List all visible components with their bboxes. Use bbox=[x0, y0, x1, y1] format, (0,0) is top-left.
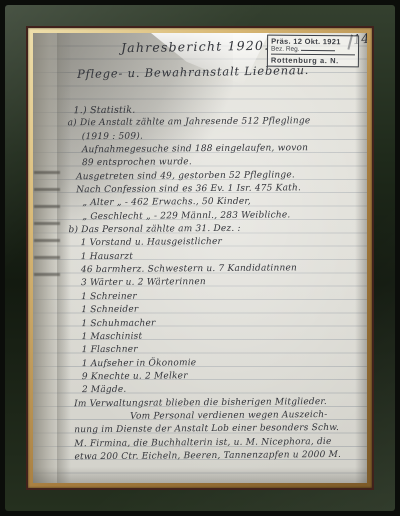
book-gutter bbox=[33, 33, 69, 483]
picture-frame-molding: Jahresbericht 1920. Pflege- u. Bewahrans… bbox=[5, 5, 395, 511]
page-edge-bands bbox=[34, 171, 60, 289]
manuscript-line: etwa 200 Ctr. Eicheln, Beeren, Tannenzap… bbox=[68, 449, 362, 465]
date-stamp: Präs. 12 Okt. 1921 Bez. Reg. Rottenburg … bbox=[267, 35, 359, 68]
picture-frame-gold-trim: Jahresbericht 1920. Pflege- u. Bewahrans… bbox=[28, 28, 372, 488]
bottom-edge-shadow bbox=[33, 467, 367, 483]
picture-frame-outer: Jahresbericht 1920. Pflege- u. Bewahrans… bbox=[0, 0, 400, 516]
stamp-place-line: Rottenburg a. N. bbox=[271, 55, 355, 67]
stamp-blank-line bbox=[301, 46, 335, 51]
framed-photo: Jahresbericht 1920. Pflege- u. Bewahrans… bbox=[0, 0, 400, 516]
manuscript-lines: 1.) Statistik.a) Die Anstalt zählte am J… bbox=[65, 102, 362, 465]
ledger-page-photo: Jahresbericht 1920. Pflege- u. Bewahrans… bbox=[33, 33, 367, 483]
stamp-office-label: Bez. Reg. bbox=[271, 46, 300, 53]
page-title: Jahresbericht 1920. bbox=[121, 38, 270, 56]
